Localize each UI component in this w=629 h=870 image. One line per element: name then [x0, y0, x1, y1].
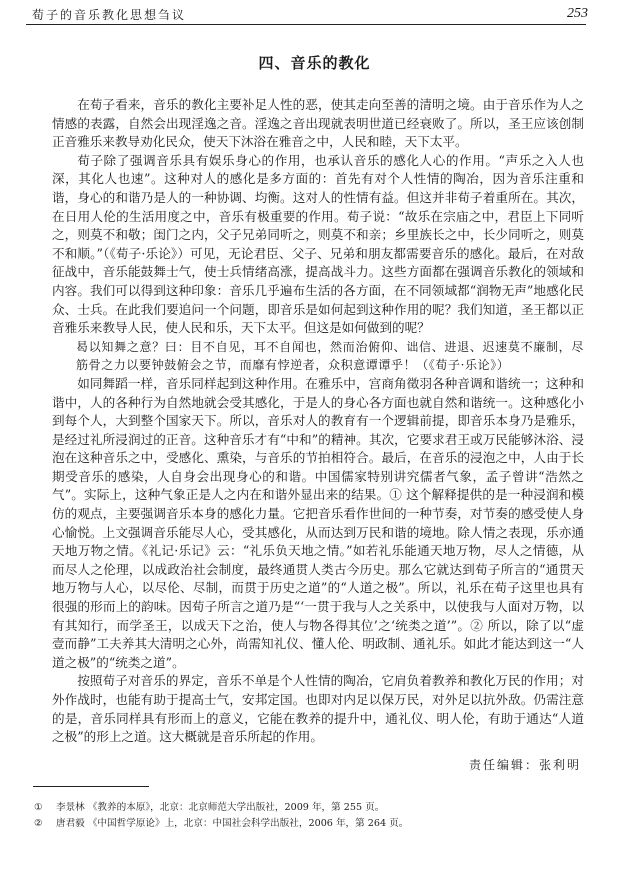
- section-title: 四、音乐的教化: [0, 52, 629, 73]
- footnotes: ①李景林 《教养的本原》，北京：北京师范大学出版社，2009 年，第 255 页…: [34, 800, 594, 832]
- paragraph: 荀子除了强调音乐具有娱乐身心的作用，也承认音乐的感化人心的作用。“声乐之入人也深…: [52, 152, 584, 338]
- block-quote: 曷以知舞之意？曰：目不自见，耳不自闻也，然而治俯仰、诎信、进退、迟速莫不廉制，尽…: [52, 338, 584, 375]
- running-head-title: 荀子的音乐教化思想刍议: [32, 6, 186, 23]
- footnote-text: 李景林 《教养的本原》，北京：北京师范大学出版社，2009 年，第 255 页。: [56, 802, 384, 813]
- body-text: 在荀子看来，音乐的教化主要补足人性的恶，使其走向至善的清明之境。由于音乐作为人之…: [52, 96, 584, 747]
- header-rule: [26, 24, 586, 25]
- footnote: ②唐君毅 《中国哲学原论》上，北京：中国社会科学出版社，2006 年，第 264…: [34, 816, 594, 832]
- responsible-editor: 责任编辑：张利明: [469, 756, 581, 773]
- paragraph: 在荀子看来，音乐的教化主要补足人性的恶，使其走向至善的清明之境。由于音乐作为人之…: [52, 96, 584, 152]
- paragraph: 如同舞蹈一样，音乐同样起到这种作用。在雅乐中，宫商角徵羽各种音调和谐统一；这种和…: [52, 375, 584, 673]
- running-head: 荀子的音乐教化思想刍议 253: [32, 6, 588, 24]
- footnote: ①李景林 《教养的本原》，北京：北京师范大学出版社，2009 年，第 255 页…: [34, 800, 594, 816]
- footnote-mark: ②: [34, 816, 56, 832]
- footnote-rule: [33, 786, 149, 787]
- page-number: 253: [567, 6, 588, 22]
- footnote-text: 唐君毅 《中国哲学原论》上，北京：中国社会科学出版社，2006 年，第 264 …: [56, 818, 408, 829]
- footnote-mark: ①: [34, 800, 56, 816]
- paragraph: 按照荀子对音乐的界定，音乐不单是个人性情的陶冶，它肩负着教养和教化万民的作用；对…: [52, 672, 584, 746]
